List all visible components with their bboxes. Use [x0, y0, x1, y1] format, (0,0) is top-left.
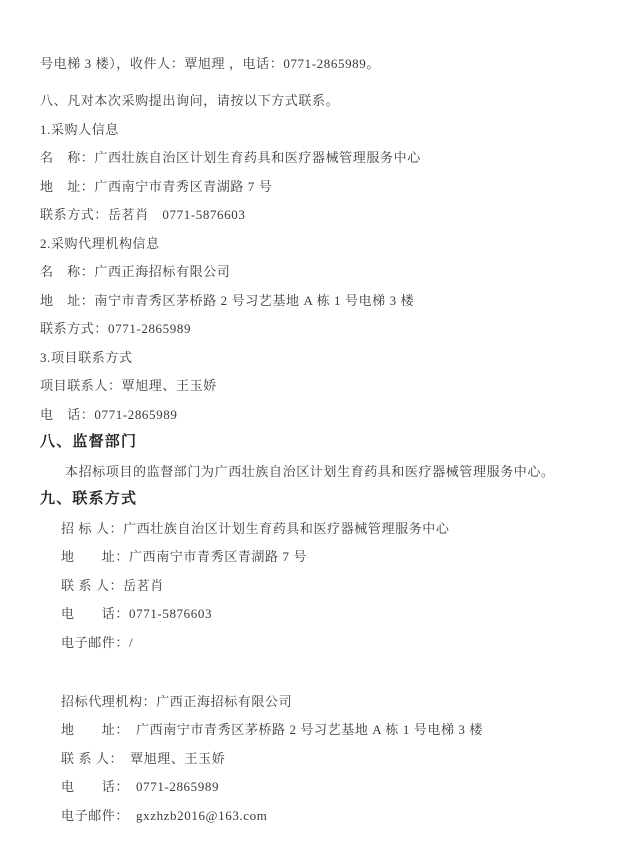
agency-heading: 2.采购代理机构信息: [40, 235, 599, 252]
tenderer-phone-row: 电 话：0771-5876603: [40, 605, 599, 622]
agency-name-row: 名 称：广西正海招标有限公司: [40, 263, 599, 280]
document-page: 号电梯 3 楼），收件人：覃旭理 ，电话：0771-2865989。 八、凡对本…: [0, 0, 627, 850]
tenderer-person: 岳茗肖: [123, 578, 164, 593]
agent-address: 广西南宁市青秀区茅桥路 2 号习艺基地 A 栋 1 号电梯 3 楼: [136, 722, 483, 737]
agent-phone-row: 电 话：0771-2865989: [40, 778, 599, 795]
agency-name: 广西正海招标有限公司: [94, 264, 230, 279]
project-phone: 0771-2865989: [94, 407, 177, 422]
supervision-heading: 八、监督部门: [40, 434, 599, 451]
tenderer-address: 广西南宁市青秀区青湖路 7 号: [129, 549, 307, 564]
agent-person-row: 联 系 人：覃旭理、王玉娇: [40, 750, 599, 767]
agent-person: 覃旭理、王玉娇: [130, 751, 225, 766]
person-label: 联 系 人：: [61, 751, 123, 766]
contact-heading: 九、联系方式: [40, 491, 599, 508]
agency-address: 南宁市青秀区茅桥路 2 号习艺基地 A 栋 1 号电梯 3 楼: [94, 293, 414, 308]
person-label: 联 系 人：: [61, 578, 123, 593]
project-phone-row: 电 话：0771-2865989: [40, 406, 599, 423]
agent-name: 广西正海招标有限公司: [156, 694, 292, 709]
agent-email: gxzhzb2016@163.com: [136, 808, 267, 823]
tenderer-label: 招 标 人：: [61, 521, 123, 536]
address-label: 地 址：: [61, 722, 129, 737]
tenderer-phone: 0771-5876603: [129, 606, 212, 621]
phone-label: 电 话：: [40, 407, 94, 422]
agent-address-row: 地 址：广西南宁市青秀区茅桥路 2 号习艺基地 A 栋 1 号电梯 3 楼: [40, 721, 599, 738]
email-label: 电子邮件：: [61, 808, 129, 823]
purchaser-name: 广西壮族自治区计划生育药具和医疗器械管理服务中心: [94, 150, 420, 165]
agent-label: 招标代理机构：: [61, 694, 156, 709]
address-label: 地 址：: [40, 293, 94, 308]
phone-label: 电 话：: [61, 606, 129, 621]
email-label: 电子邮件：: [61, 635, 129, 650]
name-label: 名 称：: [40, 264, 94, 279]
purchaser-contact: 岳茗肖 0771-5876603: [108, 207, 245, 222]
agency-address-row: 地 址：南宁市青秀区茅桥路 2 号习艺基地 A 栋 1 号电梯 3 楼: [40, 292, 599, 309]
purchaser-contact-row: 联系方式：岳茗肖 0771-5876603: [40, 206, 599, 223]
purchaser-address-row: 地 址：广西南宁市青秀区青湖路 7 号: [40, 178, 599, 195]
tenderer-email: /: [129, 635, 133, 650]
tenderer-email-row: 电子邮件：/: [40, 634, 599, 651]
purchaser-name-row: 名 称：广西壮族自治区计划生育药具和医疗器械管理服务中心: [40, 149, 599, 166]
address-label: 地 址：: [61, 549, 129, 564]
agent-email-row: 电子邮件：gxzhzb2016@163.com: [40, 807, 599, 824]
address-label: 地 址：: [40, 179, 94, 194]
supervision-body: 本招标项目的监督部门为广西壮族自治区计划生育药具和医疗器械管理服务中心。: [40, 463, 599, 480]
agency-contact-row: 联系方式：0771-2865989: [40, 320, 599, 337]
tenderer-person-row: 联 系 人：岳茗肖: [40, 577, 599, 594]
project-person-row: 项目联系人：覃旭理、王玉娇: [40, 377, 599, 394]
tenderer-name-row: 招 标 人：广西壮族自治区计划生育药具和医疗器械管理服务中心: [40, 520, 599, 537]
phone-label: 电 话：: [61, 779, 129, 794]
agent-phone: 0771-2865989: [136, 779, 219, 794]
purchaser-heading: 1.采购人信息: [40, 121, 599, 138]
tenderer-name: 广西壮族自治区计划生育药具和医疗器械管理服务中心: [123, 521, 449, 536]
agent-name-row: 招标代理机构：广西正海招标有限公司: [40, 693, 599, 710]
contact-label: 联系方式：: [40, 321, 108, 336]
tenderer-address-row: 地 址：广西南宁市青秀区青湖路 7 号: [40, 548, 599, 565]
contact-label: 联系方式：: [40, 207, 108, 222]
continuation-line: 号电梯 3 楼），收件人：覃旭理 ，电话：0771-2865989。: [40, 55, 599, 72]
project-contact-heading: 3.项目联系方式: [40, 349, 599, 366]
agency-contact: 0771-2865989: [108, 321, 191, 336]
purchaser-address: 广西南宁市青秀区青湖路 7 号: [94, 179, 272, 194]
inquiry-intro: 八、凡对本次采购提出询问，请按以下方式联系。: [40, 92, 599, 109]
name-label: 名 称：: [40, 150, 94, 165]
project-person: 覃旭理、王玉娇: [122, 378, 217, 393]
person-label: 项目联系人：: [40, 378, 122, 393]
